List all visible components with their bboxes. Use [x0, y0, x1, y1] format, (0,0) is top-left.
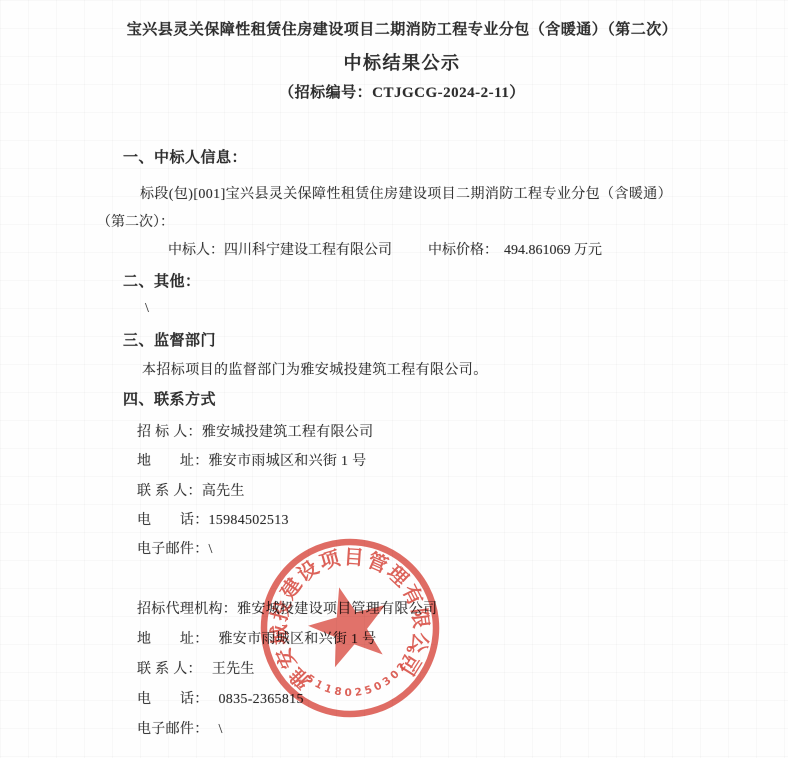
email-value: \	[219, 722, 223, 737]
lot-description-line2: （第二次）：	[97, 214, 174, 232]
contact-person-value: 高先生	[202, 484, 245, 499]
address-label: 地 址：	[137, 632, 209, 647]
tenderer-label: 招 标 人：	[137, 425, 202, 440]
contact-person-label: 联 系 人：	[137, 662, 202, 677]
winner-price-line: 中标人：四川科宁建设工程有限公司中标价格：494.861069 万元	[168, 242, 602, 260]
price-label: 中标价格：	[428, 243, 498, 258]
winner-value: 四川科宁建设工程有限公司	[224, 243, 392, 258]
section4-heading: 四、联系方式	[123, 391, 216, 410]
seal-star-icon	[301, 577, 398, 671]
tenderer-row: 地 址：雅安市雨城区和兴街 1 号	[137, 453, 366, 471]
tenderer-value: 雅安城投建筑工程有限公司	[202, 425, 374, 440]
agency-row: 联 系 人：王先生	[137, 661, 255, 679]
section1-heading: 一、中标人信息：	[123, 149, 247, 168]
contact-person-label: 联 系 人：	[137, 484, 202, 499]
agency-row: 电子邮件：\	[137, 721, 223, 739]
company-seal-stamp: 雅安城投建设项目管理有限公司 5118025030279	[257, 535, 443, 721]
address-value: 雅安市雨城区和兴街 1 号	[209, 454, 367, 469]
section2-content: \	[145, 300, 149, 318]
phone-label: 电 话：	[137, 692, 209, 707]
email-label: 电子邮件：	[137, 542, 209, 557]
winner-label: 中标人：	[168, 243, 224, 258]
contact-person-value: 王先生	[212, 662, 255, 677]
document-page: 宝兴县灵关保障性租赁住房建设项目二期消防工程专业分包（含暖通）（第二次） 中标结…	[0, 0, 788, 758]
section3-heading: 三、监督部门	[123, 332, 216, 351]
price-value: 494.861069 万元	[504, 243, 602, 258]
section2-heading: 二、其他：	[123, 273, 201, 292]
email-value: \	[209, 542, 213, 557]
doc-tender-number: （招标编号：CTJGCG-2024-2-11）	[16, 84, 788, 103]
tenderer-row: 招 标 人：雅安城投建筑工程有限公司	[137, 424, 373, 442]
email-label: 电子邮件：	[137, 722, 209, 737]
tenderer-row: 电子邮件：\	[137, 541, 213, 559]
tenderer-row: 电 话：15984502513	[137, 512, 289, 530]
lot-description-line1: 标段(包)[001]宝兴县灵关保障性租赁住房建设项目二期消防工程专业分包（含暖通…	[140, 186, 672, 204]
doc-title-line1: 宝兴县灵关保障性租赁住房建设项目二期消防工程专业分包（含暖通）（第二次）	[16, 21, 788, 40]
address-label: 地 址：	[137, 454, 209, 469]
phone-value: 15984502513	[209, 513, 289, 528]
tenderer-row: 联 系 人：高先生	[137, 483, 245, 501]
section3-body: 本招标项目的监督部门为雅安城投建筑工程有限公司。	[142, 362, 488, 380]
doc-title-line2: 中标结果公示	[16, 52, 788, 75]
phone-label: 电 话：	[137, 513, 209, 528]
agency-label: 招标代理机构：	[137, 602, 237, 617]
